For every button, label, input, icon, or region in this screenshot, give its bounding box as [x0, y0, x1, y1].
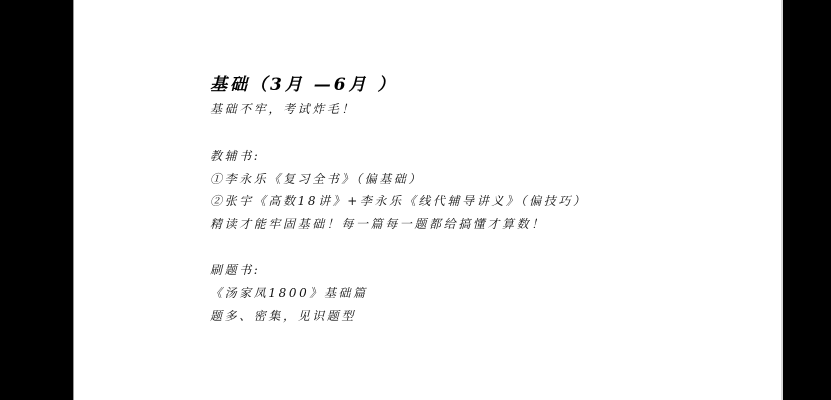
practice-book-item: 《汤家凤1800》基础篇: [210, 285, 368, 301]
reference-books-label: 教辅书:: [210, 148, 260, 164]
slogan-text: 基础不牢，考试炸毛！: [210, 101, 356, 117]
practice-books-label: 刷题书:: [210, 262, 260, 278]
document-page[interactable]: 基础（3月 —6月 ） 基础不牢，考试炸毛！ 教辅书: ①李永乐《复习全书》（偏…: [73, 0, 783, 400]
practice-books-note: 题多、密集，见识题型: [210, 308, 356, 324]
reference-book-item: ①李永乐《复习全书》（偏基础）: [210, 171, 423, 187]
section-heading: 基础（3月 —6月 ）: [210, 70, 398, 95]
document-viewer: 基础（3月 —6月 ） 基础不牢，考试炸毛！ 教辅书: ①李永乐《复习全书》（偏…: [0, 0, 831, 400]
reference-book-item: ②张宇《高数18讲》+李永乐《线代辅导讲义》（偏技巧）: [210, 193, 588, 209]
reference-books-note: 精读才能牢固基础！每一篇每一题都给搞懂才算数！: [210, 216, 546, 232]
